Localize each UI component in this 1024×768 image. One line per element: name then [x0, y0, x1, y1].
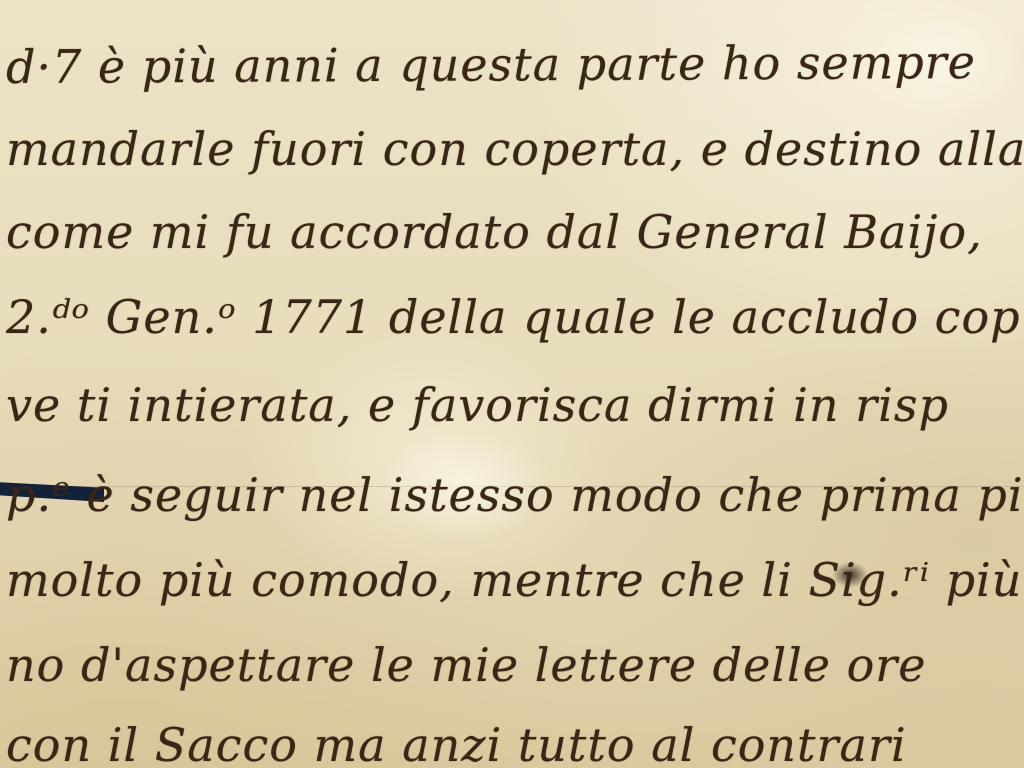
manuscript-line-7: molto più comodo, mentre che li Sig.ʳⁱ p…: [6, 553, 1022, 607]
manuscript-line-1: d·7 è più anni a questa parte ho sempre: [6, 35, 976, 94]
manuscript-line-4: 2.ᵈᵒ Gen.ᵒ 1771 della quale le accludo c…: [6, 290, 1021, 344]
manuscript-line-3: come mi fu accordato dal General Baijo,: [6, 205, 983, 259]
manuscript-line-5: ve ti intierata, e favorisca dirmi in ri…: [6, 378, 949, 432]
manuscript-line-8: no d'aspettare le mie lettere delle ore: [6, 638, 927, 692]
manuscript-line-2: mandarle fuori con coperta, e destino al…: [6, 122, 1024, 176]
manuscript-line-6: p.ᵉ è seguir nel istesso modo che prima …: [6, 468, 1024, 522]
manuscript-line-9: con il Sacco ma anzi tutto al contrari: [6, 718, 907, 768]
